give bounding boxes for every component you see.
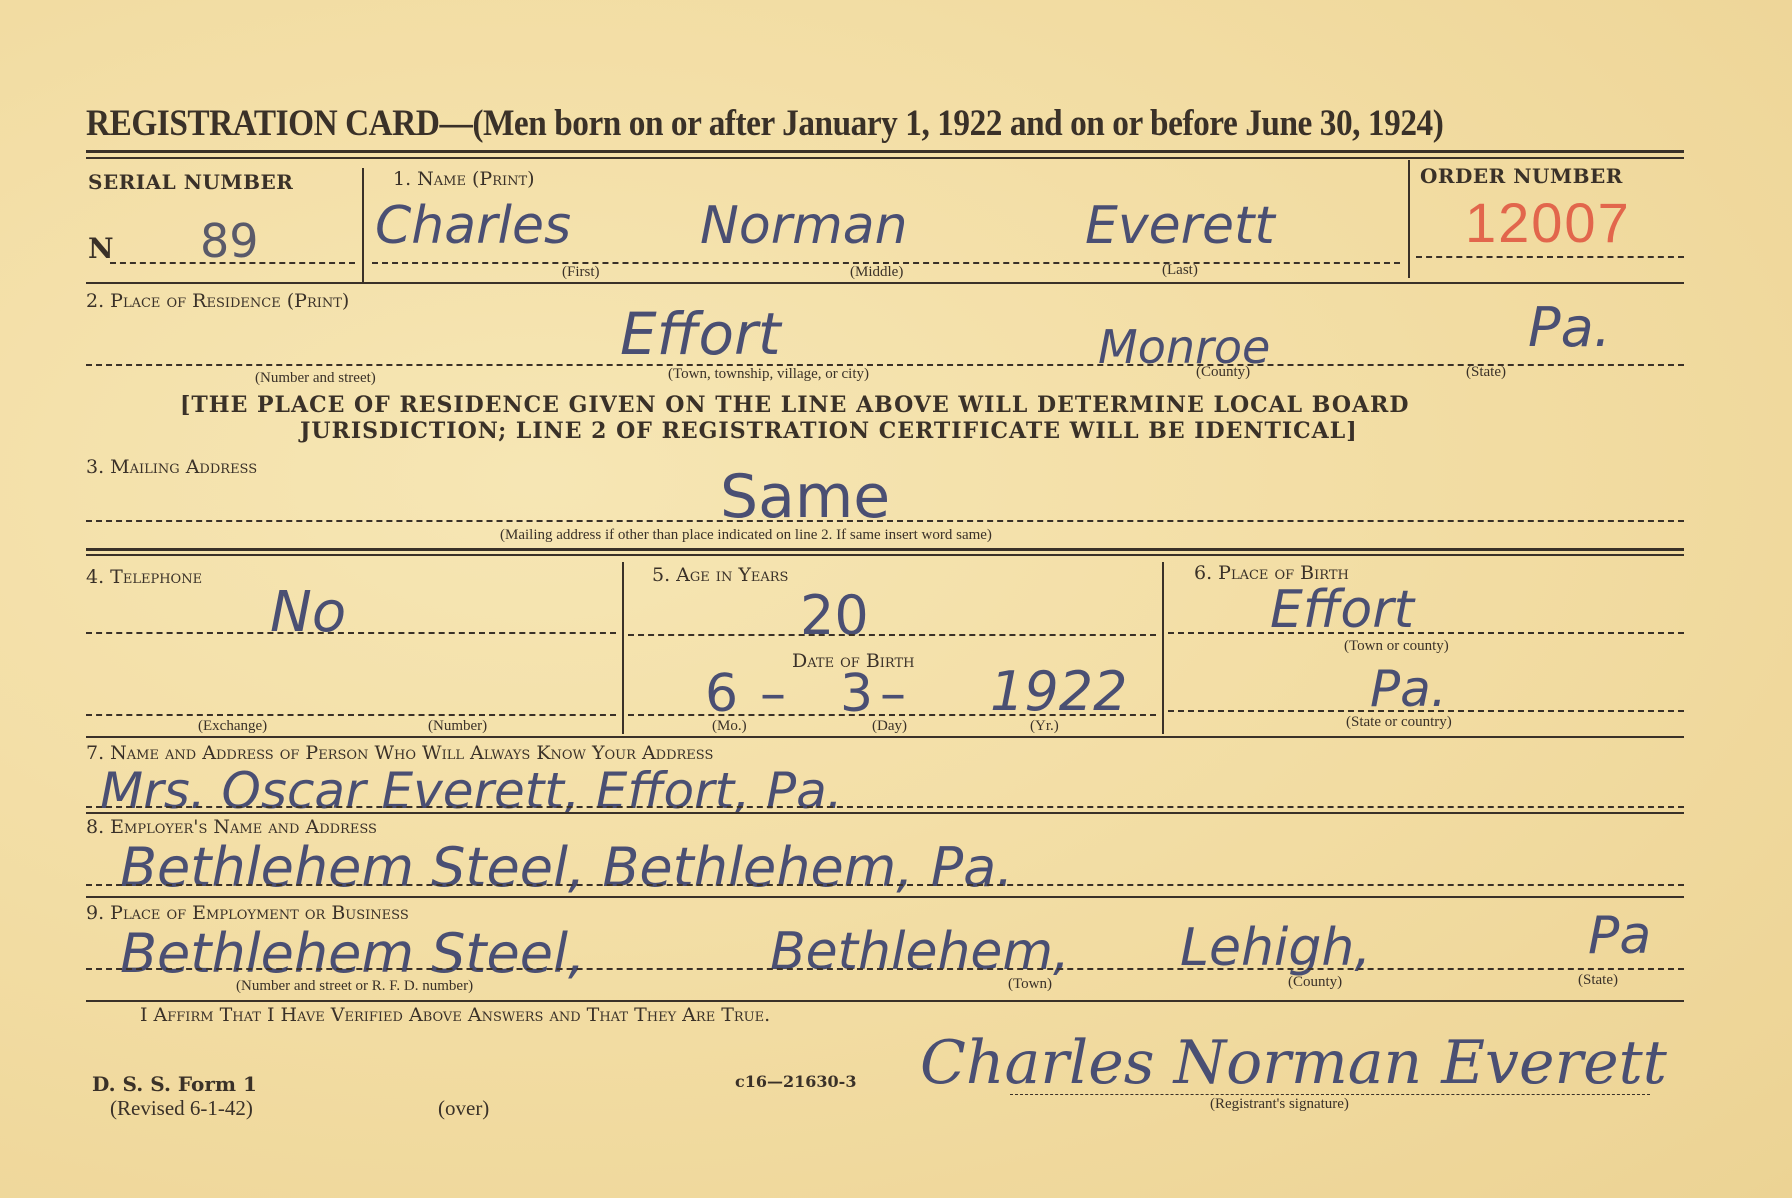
registrant-signature: Charles Norman Everett	[920, 1028, 1667, 1098]
age-line	[628, 634, 1156, 636]
employment-street-caption: (Number and street or R. F. D. number)	[236, 978, 473, 995]
serial-number-label: SERIAL NUMBER	[88, 170, 293, 194]
employer-value: Bethlehem Steel, Bethlehem, Pa.	[120, 836, 1013, 899]
row3-rule-2	[86, 554, 1684, 556]
employment-county-caption: (County)	[1288, 974, 1342, 991]
registration-card: REGISTRATION CARD—(Men born on or after …	[0, 0, 1792, 1198]
employer-line	[86, 884, 1684, 886]
card-title: REGISTRATION CARD—(Men born on or after …	[86, 102, 1443, 145]
signature-caption: (Registrant's signature)	[1210, 1096, 1349, 1113]
order-number-value: 12007	[1465, 190, 1631, 255]
contact-line	[86, 806, 1684, 808]
telephone-value: No	[270, 580, 346, 645]
telephone-label: 4. Telephone	[86, 566, 202, 588]
month-caption: (Mo.)	[712, 718, 747, 735]
row7-rule	[86, 812, 1684, 814]
dob-line	[628, 714, 1156, 716]
birthplace-divider	[1162, 562, 1164, 734]
order-divider	[1408, 160, 1410, 278]
residence-line	[86, 364, 1684, 366]
form-name: D. S. S. Form 1	[92, 1072, 257, 1096]
affirmation-text: I Affirm That I Have Verified Above Answ…	[140, 1004, 770, 1026]
town-caption: (Town, township, village, or city)	[668, 366, 869, 383]
residence-town-value: Effort	[620, 300, 781, 368]
employment-street-value: Bethlehem Steel,	[120, 922, 585, 985]
signature-line	[1010, 1094, 1650, 1095]
serial-number-value: 89	[200, 214, 259, 268]
row8-rule	[86, 896, 1684, 898]
birthplace-state-caption: (State or country)	[1346, 714, 1452, 731]
day-caption: (Day)	[872, 718, 907, 735]
name-label: 1. Name (Print)	[393, 168, 535, 190]
birthplace-town-value: Effort	[1270, 580, 1414, 640]
row3-rule	[86, 548, 1684, 551]
title-rule	[86, 150, 1684, 153]
mailing-address-label: 3. Mailing Address	[86, 456, 257, 478]
employer-label: 8. Employer's Name and Address	[86, 816, 377, 838]
telephone-line-1	[86, 632, 616, 634]
employment-state-caption: (State)	[1578, 972, 1618, 989]
street-caption: (Number and street)	[255, 370, 376, 387]
employment-line	[86, 968, 1684, 970]
serial-divider	[362, 168, 364, 284]
employment-state-value: Pa	[1588, 906, 1651, 966]
serial-prefix: N	[88, 232, 114, 265]
last-caption: (Last)	[1162, 262, 1198, 279]
county-caption: (County)	[1196, 364, 1250, 381]
mailing-line	[86, 520, 1684, 522]
over-note: (over)	[438, 1096, 489, 1121]
employment-place-label: 9. Place of Employment or Business	[86, 902, 409, 924]
employment-town-value: Bethlehem,	[770, 922, 1070, 982]
row4-rule	[86, 736, 1684, 738]
order-number-label: ORDER NUMBER	[1420, 164, 1623, 188]
birthplace-town-caption: (Town or county)	[1344, 638, 1449, 655]
residence-state-value: Pa.	[1528, 296, 1611, 359]
exchange-caption: (Exchange)	[198, 718, 267, 735]
print-code: c16—21630-3	[735, 1072, 856, 1091]
middle-caption: (Middle)	[850, 264, 903, 281]
telephone-line-2	[86, 714, 616, 716]
mailing-caption: (Mailing address if other than place ind…	[500, 527, 992, 544]
serial-line	[110, 262, 355, 264]
title-rule-2	[86, 157, 1684, 159]
number-caption: (Number)	[428, 718, 487, 735]
jurisdiction-notice-line2: JURISDICTION; LINE 2 OF REGISTRATION CER…	[300, 418, 1358, 444]
first-name-value: Charles	[375, 196, 571, 256]
age-value: 20	[800, 584, 869, 647]
form-revised-date: (Revised 6-1-42)	[110, 1096, 253, 1121]
employment-town-caption: (Town)	[1008, 976, 1052, 993]
year-caption: (Yr.)	[1030, 718, 1059, 735]
middle-name-value: Norman	[700, 196, 908, 256]
residence-label: 2. Place of Residence (Print)	[86, 290, 349, 312]
age-divider	[622, 562, 624, 734]
state-caption: (State)	[1466, 364, 1506, 381]
last-name-value: Everett	[1085, 196, 1275, 256]
order-line	[1416, 256, 1684, 258]
row9-rule	[86, 1000, 1684, 1002]
jurisdiction-notice-line1: [THE PLACE OF RESIDENCE GIVEN ON THE LIN…	[180, 392, 1409, 418]
birthplace-town-line	[1168, 632, 1684, 634]
birthplace-state-line	[1168, 710, 1684, 712]
first-caption: (First)	[562, 264, 600, 281]
row1-rule	[86, 282, 1684, 284]
contact-person-label: 7. Name and Address of Person Who Will A…	[86, 742, 713, 764]
age-label: 5. Age in Years	[652, 564, 788, 586]
